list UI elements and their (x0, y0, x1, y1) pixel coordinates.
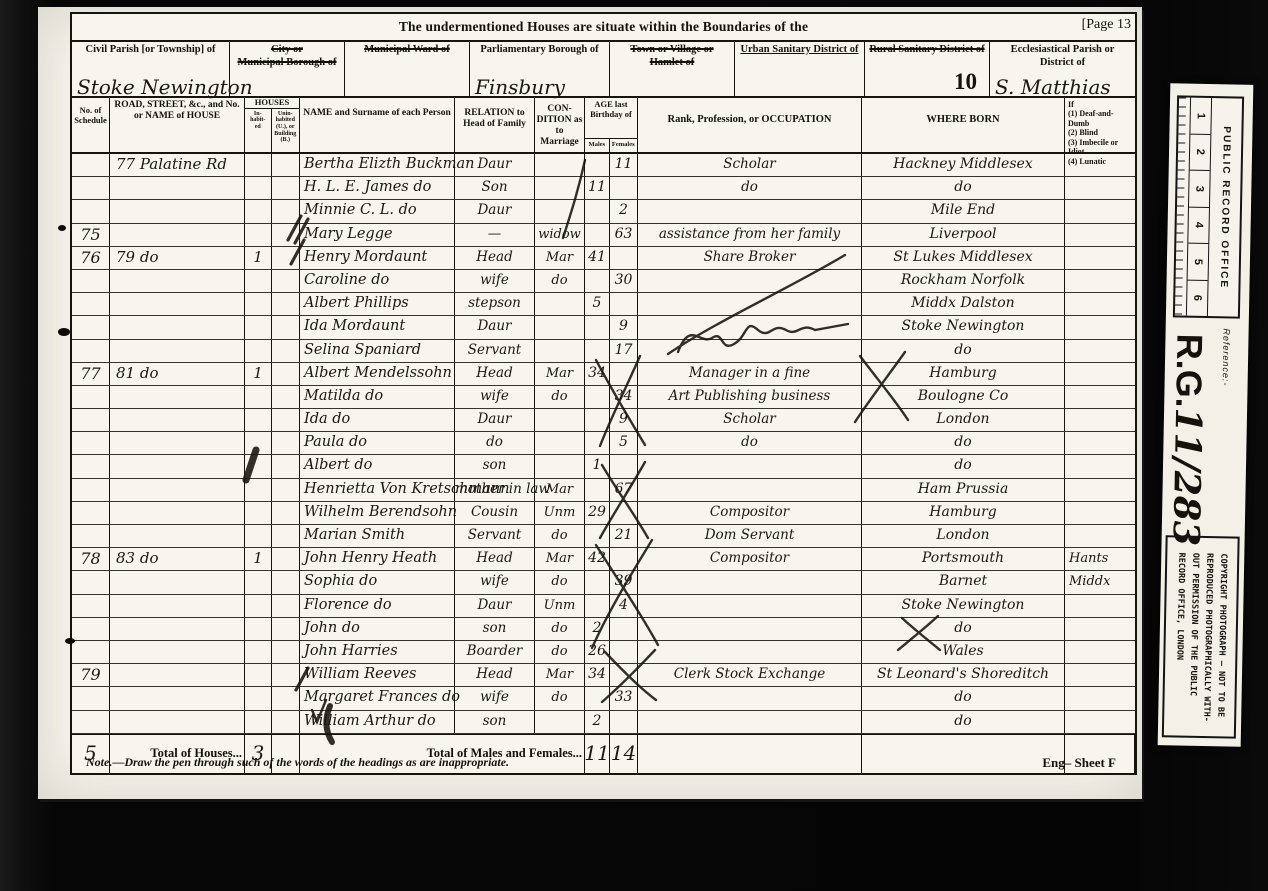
age-female: 21 (610, 525, 638, 547)
schedule-number (72, 432, 110, 454)
houses-inhabited-mark (245, 664, 272, 686)
infirmity-note (1065, 363, 1135, 385)
field-urban-sanitary-district: Urban Sanitary District of (735, 42, 865, 96)
census-record-row: 78 83 do 1 John Henry Heath Head Mar 42 … (72, 548, 1135, 571)
marriage-condition: widow (535, 224, 585, 246)
road-street (110, 664, 245, 686)
census-record-row: Minnie C. L. do Daur 2 Mile End (72, 200, 1135, 223)
houses-uninhabited-mark (272, 154, 300, 176)
census-record-row: Sophia do wife do 39 Barnet Middx (72, 571, 1135, 594)
age-female: 33 (610, 687, 638, 709)
houses-inhabited-mark (245, 595, 272, 617)
column-header-where-born: WHERE BORN (862, 98, 1065, 152)
road-street (110, 270, 245, 292)
houses-uninhabited-mark (272, 595, 300, 617)
schedule-number (72, 386, 110, 408)
houses-uninhabited-mark (272, 386, 300, 408)
age-male (585, 479, 610, 501)
road-street (110, 316, 245, 338)
houses-subheaders: In- habit- ed Unin- habited (U.), or Bui… (245, 109, 299, 152)
person-name: Selina Spaniard (300, 340, 455, 362)
infirmity-note (1065, 618, 1135, 640)
census-form: The undermentioned Houses are situate wi… (70, 12, 1137, 775)
age-male (585, 595, 610, 617)
occupation (638, 687, 862, 709)
relation-to-head: Daur (455, 595, 535, 617)
sheet-title-band: The undermentioned Houses are situate wi… (72, 14, 1135, 42)
marriage-condition: do (535, 525, 585, 547)
field-municipal-borough: City or Municipal Borough of (230, 42, 345, 96)
occupation: Share Broker (638, 247, 862, 269)
houses-uninhabited-mark (272, 479, 300, 501)
schedule-number (72, 154, 110, 176)
houses-inhabited-mark (245, 293, 272, 315)
marriage-condition (535, 409, 585, 431)
houses-uninhabited-mark (272, 548, 300, 570)
infirmity-note (1065, 711, 1135, 733)
houses-uninhabited-mark (272, 363, 300, 385)
person-name: John Harries (300, 641, 455, 663)
age-male (585, 409, 610, 431)
census-record-row: John do son do 2 do (72, 618, 1135, 641)
ruler-number: 6 (1187, 280, 1208, 316)
copyright-box: COPYRIGHT PHOTOGRAPH – NOT TO BE REPRODU… (1162, 535, 1240, 738)
age-male (585, 525, 610, 547)
age-male (585, 571, 610, 593)
infirmity-note (1065, 293, 1135, 315)
census-record-row: Albert Phillips stepson 5 Middx Dalston (72, 293, 1135, 316)
column-header-females: Females (610, 139, 637, 152)
where-born: do (862, 177, 1065, 199)
houses-uninhabited-mark (272, 293, 300, 315)
census-record-row: 75 Mary Legge — widow 63 assistance from… (72, 224, 1135, 247)
houses-inhabited-mark (245, 386, 272, 408)
schedule-number (72, 595, 110, 617)
field-label: Town or Village or Hamlet of (613, 44, 731, 69)
infirmity-note (1065, 432, 1135, 454)
road-street (110, 455, 245, 477)
census-record-row: Wilhelm Berendsohn Cousin Unm 29 Composi… (72, 502, 1135, 525)
public-record-office-label: PUBLIC RECORD OFFICE (1208, 98, 1242, 317)
schedule-number: 75 (72, 224, 110, 246)
where-born: do (862, 432, 1065, 454)
census-table: No. of Schedule ROAD, STREET, &c., and N… (72, 98, 1135, 773)
road-street (110, 293, 245, 315)
occupation (638, 455, 862, 477)
houses-inhabited-mark (245, 316, 272, 338)
relation-to-head: wife (455, 386, 535, 408)
road-street (110, 386, 245, 408)
census-record-row: John Harries Boarder do 26 Wales (72, 641, 1135, 664)
sheet-label: Eng– Sheet F (1042, 755, 1116, 771)
where-born: Liverpool (862, 224, 1065, 246)
houses-uninhabited-mark (272, 455, 300, 477)
houses-inhabited-mark (245, 525, 272, 547)
marriage-condition (535, 711, 585, 733)
age-male (585, 224, 610, 246)
pro-ruler: 1 2 3 4 5 6 PUBLIC RECORD OFFICE (1173, 95, 1244, 318)
road-street (110, 432, 245, 454)
where-born: London (862, 525, 1065, 547)
occupation (638, 595, 862, 617)
schedule-number (72, 340, 110, 362)
relation-to-head: Head (455, 363, 535, 385)
houses-uninhabited-mark (272, 247, 300, 269)
ruler-number: 2 (1190, 134, 1211, 171)
occupation: Clerk Stock Exchange (638, 664, 862, 686)
houses-inhabited-mark: 1 (245, 247, 272, 269)
marriage-condition (535, 293, 585, 315)
person-name: John do (300, 618, 455, 640)
age-male (585, 316, 610, 338)
age-male (585, 270, 610, 292)
relation-to-head: Head (455, 548, 535, 570)
marriage-condition (535, 177, 585, 199)
relation-to-head: son (455, 455, 535, 477)
person-name: Caroline do (300, 270, 455, 292)
houses-inhabited-mark (245, 340, 272, 362)
marriage-condition: do (535, 386, 585, 408)
road-street (110, 502, 245, 524)
field-rural-sanitary-district: Rural Sanitary District of 10 (865, 42, 990, 96)
relation-to-head: do (455, 432, 535, 454)
occupation (638, 641, 862, 663)
schedule-number (72, 316, 110, 338)
ruler-number: 3 (1189, 171, 1210, 208)
page-number: [Page 13 (1082, 17, 1131, 33)
person-name: John Henry Heath (300, 548, 455, 570)
occupation: Manager in a fine (638, 363, 862, 385)
copyright-text: COPYRIGHT PHOTOGRAPH – NOT TO BE REPRODU… (1171, 552, 1230, 722)
infirmity-note (1065, 316, 1135, 338)
houses-uninhabited-mark (272, 270, 300, 292)
header-fields: Civil Parish [or Township] of Stoke Newi… (72, 42, 1135, 98)
census-record-row: Matilda do wife do 34 Art Publishing bus… (72, 386, 1135, 409)
age-female (610, 664, 638, 686)
age-female: 17 (610, 340, 638, 362)
occupation: assistance from her family (638, 224, 862, 246)
field-label: Municipal Ward of (348, 44, 466, 57)
age-male (585, 154, 610, 176)
where-born: Stoke Newington (862, 595, 1065, 617)
where-born: St Leonard's Shoreditch (862, 664, 1065, 686)
column-header-occupation: Rank, Profession, or OCCUPATION (638, 98, 862, 152)
infirmity-note (1065, 200, 1135, 222)
schedule-number (72, 641, 110, 663)
road-street (110, 177, 245, 199)
census-record-row: Henrietta Von Kretschmann mother in law … (72, 479, 1135, 502)
field-town-village: Town or Village or Hamlet of (610, 42, 735, 96)
schedule-number: 77 (72, 363, 110, 385)
footer-note: Note.—Draw the pen through such of the w… (72, 755, 509, 771)
census-record-row: Margaret Frances do wife do 33 do (72, 687, 1135, 710)
houses-inhabited-mark (245, 270, 272, 292)
road-street: 81 do (110, 363, 245, 385)
houses-uninhabited-mark (272, 200, 300, 222)
houses-uninhabited-mark (272, 618, 300, 640)
person-name: Ida do (300, 409, 455, 431)
age-female (610, 293, 638, 315)
person-name: Sophia do (300, 571, 455, 593)
road-street (110, 711, 245, 733)
occupation: Compositor (638, 548, 862, 570)
ruler-number: 5 (1188, 244, 1209, 281)
houses-uninhabited-mark (272, 664, 300, 686)
column-headers: No. of Schedule ROAD, STREET, &c., and N… (72, 98, 1135, 154)
age-female: 5 (610, 432, 638, 454)
person-name: Ida Mordaunt (300, 316, 455, 338)
person-name: Paula do (300, 432, 455, 454)
houses-inhabited-mark (245, 154, 272, 176)
marriage-condition (535, 200, 585, 222)
pro-reference-card: 1 2 3 4 5 6 PUBLIC RECORD OFFICE Referen… (1158, 83, 1254, 746)
infirmity-note (1065, 340, 1135, 362)
person-name: Albert Mendelssohn (300, 363, 455, 385)
occupation: Dom Servant (638, 525, 862, 547)
relation-to-head: — (455, 224, 535, 246)
relation-to-head: son (455, 711, 535, 733)
relation-to-head: Head (455, 664, 535, 686)
schedule-number (72, 618, 110, 640)
age-group-label: AGE last Birthday of (585, 98, 637, 138)
relation-to-head: Daur (455, 200, 535, 222)
census-record-row: Caroline do wife do 30 Rockham Norfolk (72, 270, 1135, 293)
houses-uninhabited-mark (272, 432, 300, 454)
marriage-condition: do (535, 571, 585, 593)
where-born: Portsmouth (862, 548, 1065, 570)
census-record-row: Marian Smith Servant do 21 Dom Servant L… (72, 525, 1135, 548)
houses-uninhabited-mark (272, 641, 300, 663)
age-female: 9 (610, 316, 638, 338)
houses-uninhabited-mark (272, 409, 300, 431)
where-born: do (862, 340, 1065, 362)
age-male (585, 340, 610, 362)
houses-inhabited-mark: 1 (245, 363, 272, 385)
reference-number: R.G.11/283 (1167, 333, 1207, 546)
column-header-houses: HOUSES In- habit- ed Unin- habited (U.),… (245, 98, 300, 152)
relation-to-head: Daur (455, 316, 535, 338)
age-male: 29 (585, 502, 610, 524)
column-header-males: Males (585, 139, 610, 152)
marriage-condition: Mar (535, 548, 585, 570)
age-female (610, 548, 638, 570)
marriage-condition: Mar (535, 247, 585, 269)
age-female (610, 247, 638, 269)
relation-to-head: Boarder (455, 641, 535, 663)
field-value-handwritten: S. Matthias (995, 75, 1111, 99)
houses-uninhabited-mark (272, 340, 300, 362)
occupation (638, 479, 862, 501)
age-male: 42 (585, 548, 610, 570)
occupation: Art Publishing business (638, 386, 862, 408)
age-male: 2 (585, 711, 610, 733)
schedule-number (72, 525, 110, 547)
age-female: 39 (610, 571, 638, 593)
column-header-uninhabited: Unin- habited (U.), or Building (B.) (272, 109, 299, 152)
field-municipal-ward: Municipal Ward of (345, 42, 470, 96)
occupation: Compositor (638, 502, 862, 524)
column-header-road: ROAD, STREET, &c., and No. or NAME of HO… (110, 98, 245, 152)
age-male: 34 (585, 363, 610, 385)
census-record-row: H. L. E. James do Son 11 do do (72, 177, 1135, 200)
road-street: 77 Palatine Rd (110, 154, 245, 176)
infirmity-note (1065, 595, 1135, 617)
census-sheet: The undermentioned Houses are situate wi… (38, 7, 1142, 799)
where-born: Mile End (862, 200, 1065, 222)
marriage-condition (535, 432, 585, 454)
houses-inhabited-mark (245, 618, 272, 640)
houses-group-label: HOUSES (245, 98, 299, 109)
marriage-condition: Unm (535, 595, 585, 617)
infirmity-note: Hants (1065, 548, 1135, 570)
houses-uninhabited-mark (272, 316, 300, 338)
where-born: do (862, 687, 1065, 709)
age-female (610, 641, 638, 663)
column-header-name: NAME and Surname of each Person (300, 98, 455, 152)
marriage-condition: Unm (535, 502, 585, 524)
person-name: Florence do (300, 595, 455, 617)
infirmity-note (1065, 455, 1135, 477)
relation-to-head: Head (455, 247, 535, 269)
age-female (610, 363, 638, 385)
person-name: William Arthur do (300, 711, 455, 733)
marriage-condition: do (535, 641, 585, 663)
where-born: London (862, 409, 1065, 431)
relation-to-head: Servant (455, 340, 535, 362)
ruler-number: 4 (1188, 207, 1209, 244)
age-female (610, 455, 638, 477)
where-born: Hackney Middlesex (862, 154, 1065, 176)
road-street (110, 687, 245, 709)
houses-inhabited-mark (245, 571, 272, 593)
road-street: 83 do (110, 548, 245, 570)
age-female: 63 (610, 224, 638, 246)
relation-to-head: wife (455, 687, 535, 709)
schedule-number (72, 270, 110, 292)
houses-inhabited-mark (245, 200, 272, 222)
road-street (110, 479, 245, 501)
where-born: Ham Prussia (862, 479, 1065, 501)
infirmity-note (1065, 641, 1135, 663)
houses-inhabited-mark (245, 479, 272, 501)
field-label: Rural Sanitary District of (868, 44, 986, 57)
age-male: 1 (585, 455, 610, 477)
road-street (110, 595, 245, 617)
age-female: 34 (610, 386, 638, 408)
age-subheaders: Males Females (585, 138, 637, 152)
infirmity-note (1065, 177, 1135, 199)
road-street: 79 do (110, 247, 245, 269)
infirmity-note (1065, 386, 1135, 408)
census-record-row: Ida do Daur 9 Scholar London (72, 409, 1135, 432)
ruler-number: 1 (1190, 98, 1211, 135)
schedule-number (72, 455, 110, 477)
person-name: Wilhelm Berendsohn (300, 502, 455, 524)
road-street (110, 525, 245, 547)
age-male: 34 (585, 664, 610, 686)
census-record-row: 77 Palatine Rd Bertha Elizth Buckman Dau… (72, 154, 1135, 177)
marriage-condition (535, 455, 585, 477)
field-value-handwritten: Finsbury (475, 75, 565, 99)
age-female (610, 618, 638, 640)
person-name: Marian Smith (300, 525, 455, 547)
age-male: 5 (585, 293, 610, 315)
column-header-schedule: No. of Schedule (72, 98, 110, 152)
marriage-condition: Mar (535, 664, 585, 686)
houses-inhabited-mark (245, 177, 272, 199)
census-record-row: 79 William Reeves Head Mar 34 Clerk Stoc… (72, 664, 1135, 687)
field-label: Urban Sanitary District of (738, 44, 861, 57)
houses-uninhabited-mark (272, 711, 300, 733)
schedule-number (72, 200, 110, 222)
marriage-condition (535, 340, 585, 362)
schedule-number: 79 (72, 664, 110, 686)
age-female (610, 502, 638, 524)
schedule-number (72, 409, 110, 431)
occupation (638, 618, 862, 640)
field-civil-parish: Civil Parish [or Township] of Stoke Newi… (72, 42, 230, 96)
road-street (110, 224, 245, 246)
schedule-number (72, 711, 110, 733)
relation-to-head: Daur (455, 154, 535, 176)
houses-inhabited-mark (245, 711, 272, 733)
person-name: Margaret Frances do (300, 687, 455, 709)
district-number: 10 (954, 69, 977, 95)
schedule-number (72, 479, 110, 501)
marriage-condition: Mar (535, 479, 585, 501)
schedule-number (72, 177, 110, 199)
person-name: Mary Legge (300, 224, 455, 246)
houses-inhabited-mark (245, 502, 272, 524)
infirmity-note (1065, 664, 1135, 686)
houses-inhabited-mark (245, 432, 272, 454)
occupation: Scholar (638, 154, 862, 176)
houses-inhabited-mark (245, 641, 272, 663)
marriage-condition: Mar (535, 363, 585, 385)
occupation: Scholar (638, 409, 862, 431)
relation-to-head: wife (455, 270, 535, 292)
person-name: Bertha Elizth Buckman (300, 154, 455, 176)
where-born: do (862, 618, 1065, 640)
age-female: 11 (610, 154, 638, 176)
age-male (585, 687, 610, 709)
age-female: 2 (610, 200, 638, 222)
infirmity-note (1065, 525, 1135, 547)
schedule-number: 76 (72, 247, 110, 269)
column-header-inhabited: In- habit- ed (245, 109, 272, 152)
where-born: Stoke Newington (862, 316, 1065, 338)
person-name: Albert do (300, 455, 455, 477)
person-name: Minnie C. L. do (300, 200, 455, 222)
column-header-infirmity: If (1) Deaf-and-Dumb (2) Blind (3) Imbec… (1065, 98, 1135, 152)
occupation (638, 200, 862, 222)
field-ecclesiastical-parish: Ecclesiastical Parish or District of S. … (990, 42, 1135, 96)
occupation (638, 571, 862, 593)
field-label: Parliamentary Borough of (473, 44, 606, 57)
schedule-number (72, 502, 110, 524)
person-name: Henry Mordaunt (300, 247, 455, 269)
infirmity-note (1065, 154, 1135, 176)
column-header-age: AGE last Birthday of Males Females (585, 98, 638, 152)
reference-label: Reference:- (1221, 328, 1232, 386)
reference-piece-handwritten: 11/283 (1164, 407, 1209, 546)
infirmity-note (1065, 502, 1135, 524)
age-female (610, 177, 638, 199)
houses-inhabited-mark (245, 224, 272, 246)
age-female: 67 (610, 479, 638, 501)
road-street (110, 571, 245, 593)
relation-to-head: son (455, 618, 535, 640)
